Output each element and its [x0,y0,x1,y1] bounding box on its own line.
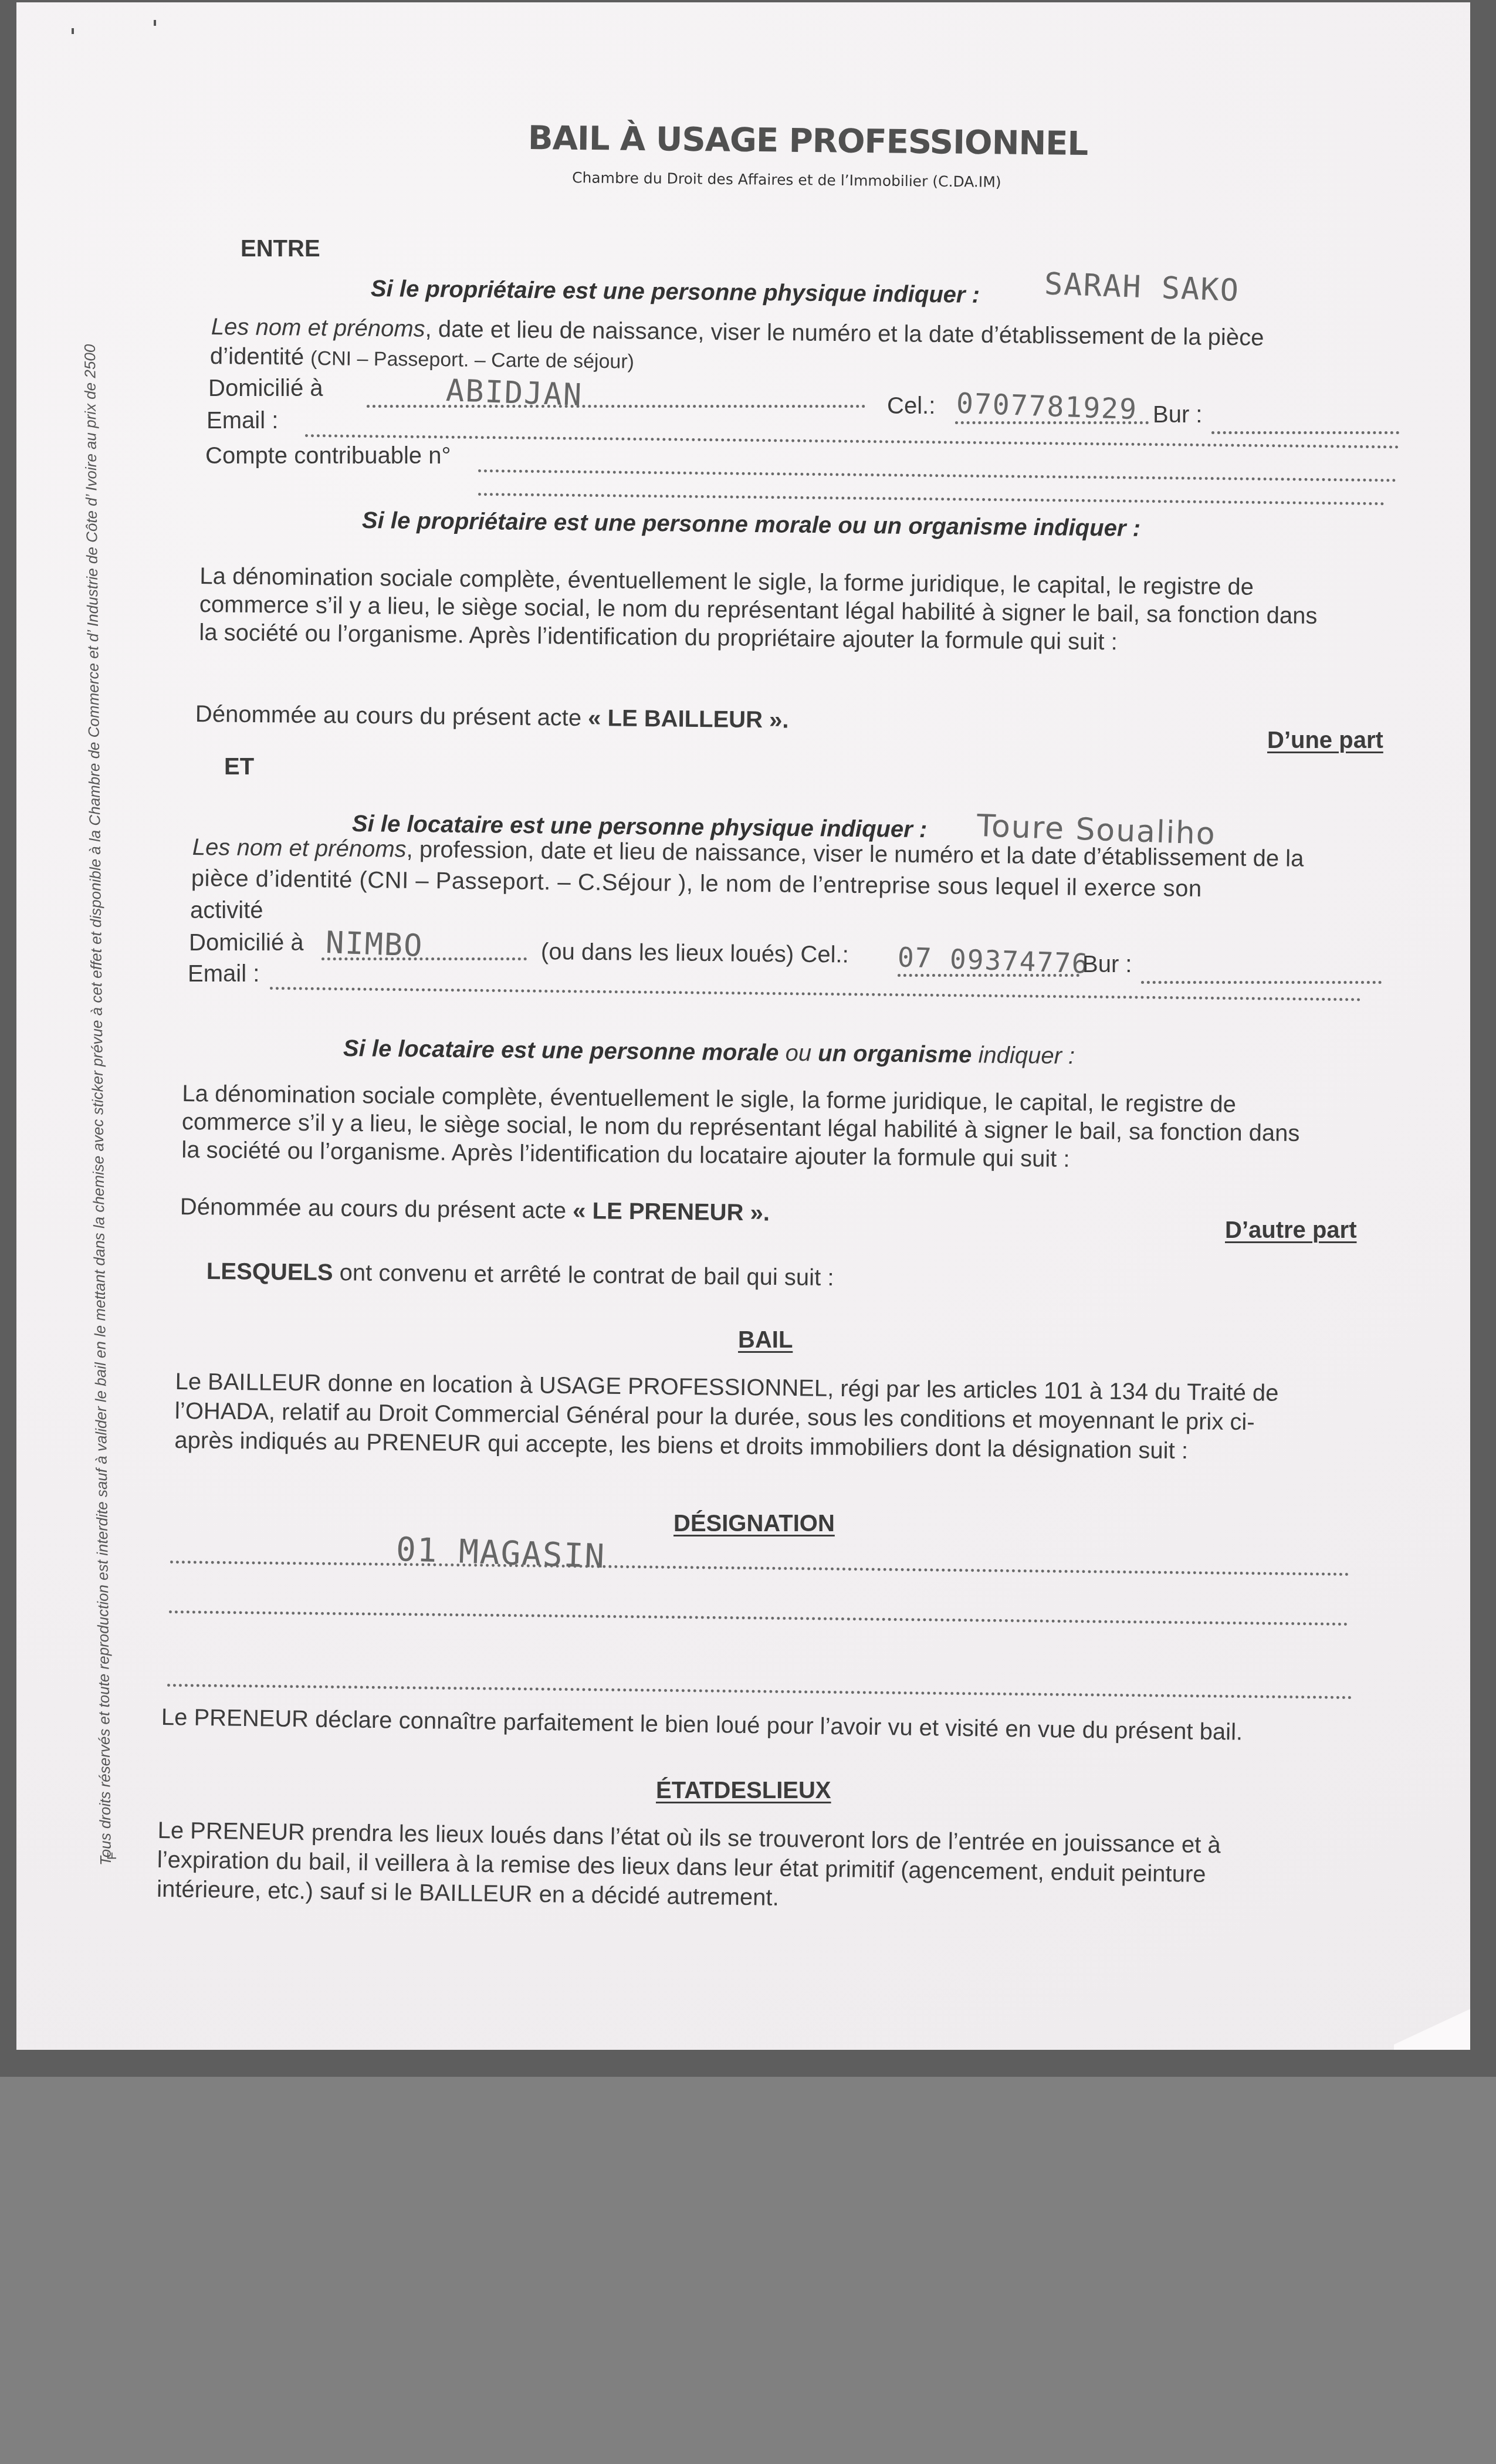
preneur-instructions-line3: activité [190,898,263,924]
denomination-value: « LE BAILLEUR ». [588,705,789,733]
bailleur-instructions-line2: d’identité (CNI – Passeport. – Carte de … [210,343,634,374]
lesquels-bold: LESQUELS [207,1258,333,1285]
bailleur-cel-label: Cel.: [887,393,935,419]
d-une-part-label: D’une part [1267,727,1383,754]
preneur-bur-label: Bur : [1082,952,1132,978]
bailleur-domicile-line [367,405,865,408]
instructions-line2: d’identité [210,343,304,370]
staple-mark [72,28,74,34]
preneur-domicile-label: Domicilié à [189,930,304,956]
denomination-value: « LE PRENEUR ». [573,1198,770,1226]
bailleur-email-label: Email : [207,408,278,434]
staple-mark [154,20,156,26]
heading-part: Si le locataire est une personne morale [343,1035,779,1066]
bail-text: Le BAILLEUR donne en location à USAGE PR… [174,1367,1424,1468]
heading-part: indiquer : [972,1042,1075,1069]
bailleur-bur-field[interactable] [1211,431,1399,434]
lesquels-rest: ont convenu et arrêté le contrat de bail… [333,1260,834,1291]
bailleur-bur-label: Bur : [1153,402,1202,428]
entre-label: ENTRE [241,236,320,262]
bail-heading: BAIL [738,1327,793,1353]
preneur-domicile-suffix: (ou dans les lieux loués) Cel.: [541,939,849,968]
bailleur-compte-label: Compte contribuable n° [205,443,451,469]
preneur-email-label: Email : [188,961,259,987]
side-mark: F [104,1852,120,1860]
document-title: BAIL À USAGE PROFESSIONNEL [528,119,1088,163]
preneur-domicile-field[interactable]: NIMBO [325,925,424,964]
folded-corner [1394,2003,1470,2050]
bailleur-domicile-field[interactable]: ABIDJAN [445,373,583,413]
d-autre-part-label: D’autre part [1225,1217,1357,1244]
designation-line-1-field[interactable]: 01 MAGASIN [395,1531,606,1576]
heading-part: ou [779,1040,818,1067]
heading-part: un organisme [818,1040,972,1068]
denomination-prefix: Dénommée au cours du présent acte [180,1194,567,1224]
designation-heading: DÉSIGNATION [673,1511,835,1537]
preneur-morale-text: La dénomination sociale complète, éventu… [181,1079,1414,1177]
preneur-cel-field[interactable]: 07 09374776 [897,941,1089,979]
bailleur-cel-field[interactable]: 0707781929 [956,387,1138,427]
denomination-prefix: Dénommée au cours du présent acte [195,701,582,731]
bailleur-name-field[interactable]: SARAH SAKO [1044,266,1240,309]
et-label: ET [224,754,254,780]
bailleur-morale-text: La dénomination sociale complète, éventu… [199,562,1431,659]
instructions-italic: Les nom et prénoms [211,314,425,342]
etat-des-lieux-heading: ÉTATDESLIEUX [656,1778,831,1804]
preneur-bur-field[interactable] [1141,981,1382,984]
document-page [16,2,1470,2050]
instructions-italic: Les nom et prénoms [192,834,407,862]
id-types: (CNI – Passeport. – Carte de séjour) [310,347,634,373]
etat-des-lieux-text: Le PRENEUR prendra les lieux loués dans … [157,1816,1425,1921]
bailleur-domicile-label: Domicilié à [208,375,323,402]
